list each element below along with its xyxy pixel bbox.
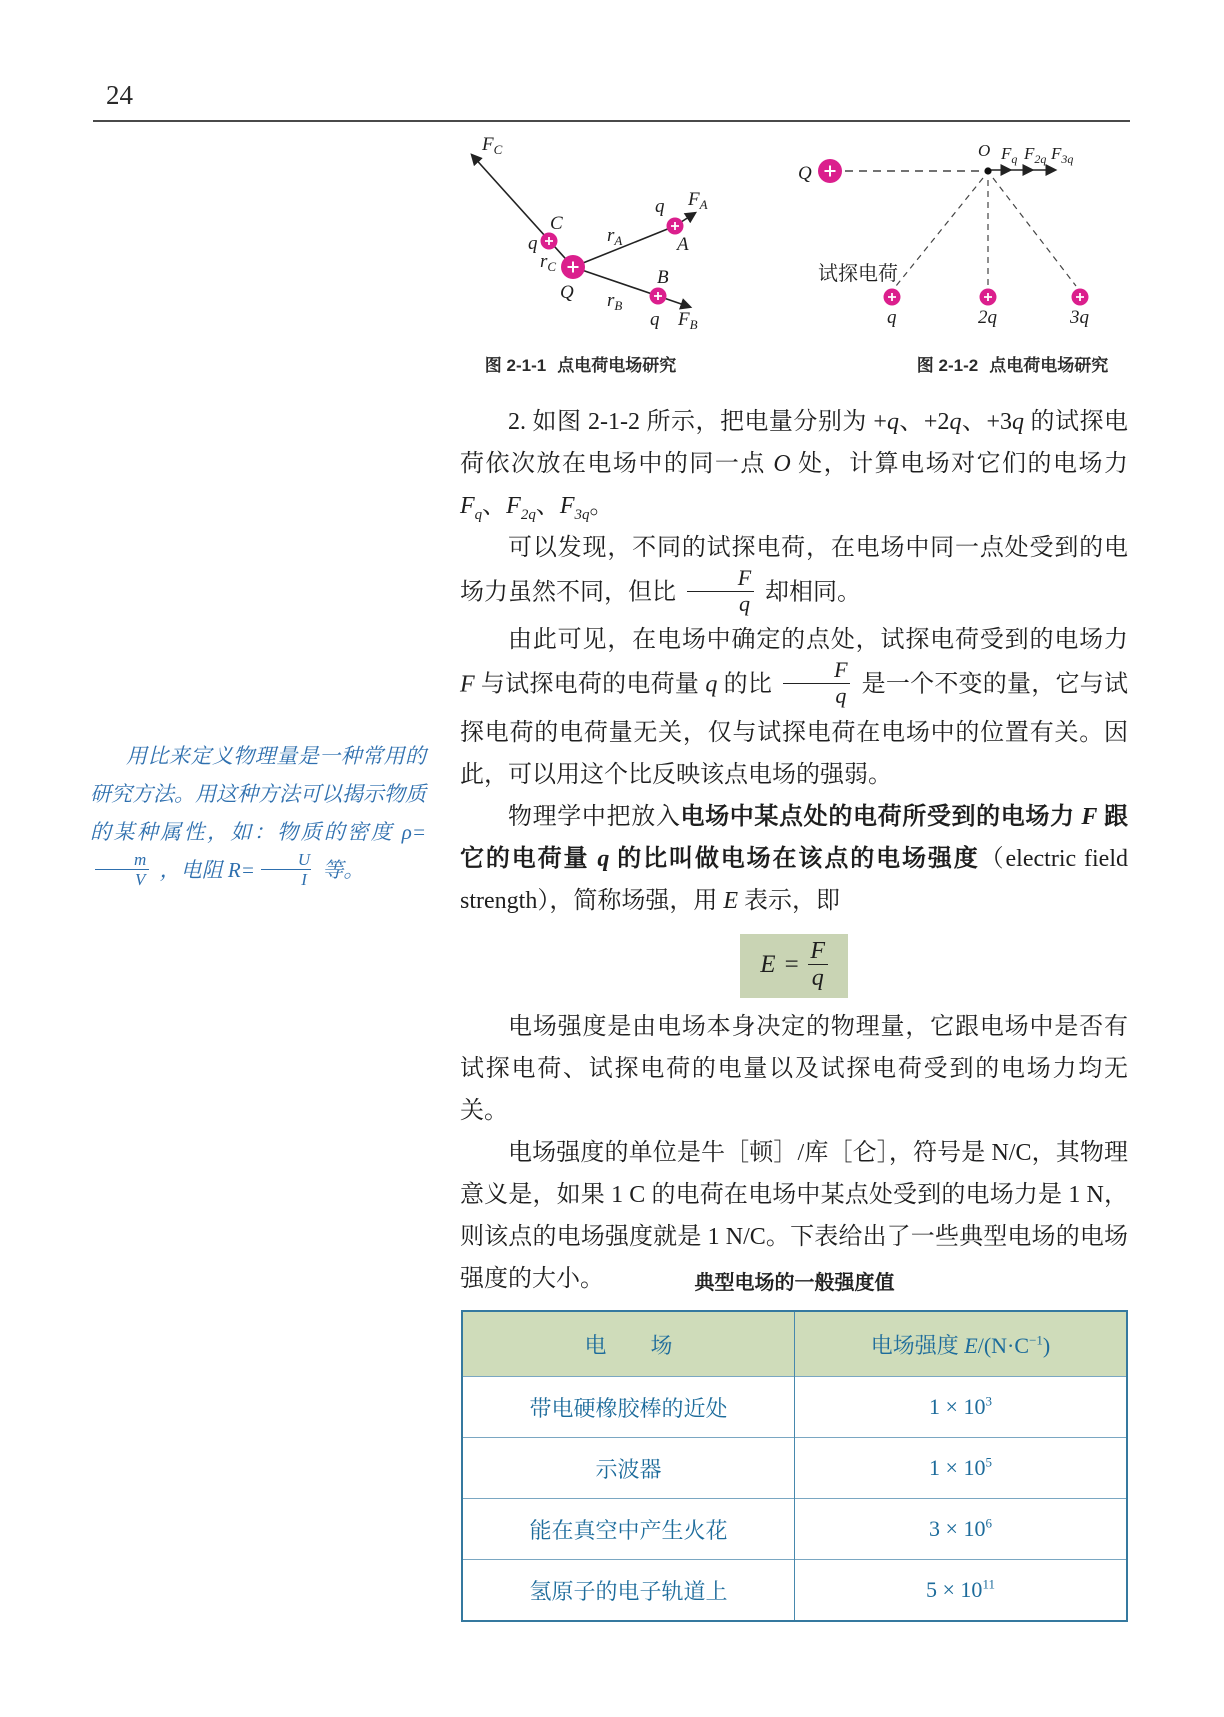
table-row: 能在真空中产生火花 3 × 106 [462, 1499, 1127, 1560]
dashed-line-O-q [896, 178, 983, 286]
page-number: 24 [106, 80, 133, 111]
note-text: 用比来定义物理量是一种常用的研究方法。用这种方法可以揭示物质的某种属性，如：物质… [90, 744, 426, 844]
caption-title: 点电荷电场研究 [557, 356, 676, 375]
label-FA: FA [687, 189, 708, 212]
label-q: q [887, 307, 897, 328]
label-rB: rB [607, 290, 622, 313]
figure-2-1-1-caption: 图 2-1-1点电荷电场研究 [448, 351, 713, 376]
field-cell: 能在真空中产生火花 [462, 1499, 795, 1560]
fraction-F-over-q: Fq [687, 566, 754, 616]
label-Q: Q [798, 163, 812, 184]
table-row: 示波器 1 × 105 [462, 1438, 1127, 1499]
dashed-line-O-3q [993, 178, 1076, 286]
label-q-C: q [528, 233, 538, 254]
point-O-dot [984, 167, 991, 174]
var-E: E [760, 944, 775, 986]
label-F3q: F3q [1050, 144, 1073, 166]
table-row: 氢原子的电子轨道上 5 × 1011 [462, 1560, 1127, 1622]
note-text: 等。 [317, 858, 364, 882]
label-test-charge: 试探电荷 [818, 262, 898, 285]
note-text: ，电阻 [154, 858, 228, 882]
field-strength-table-block: 典型电场的一般强度值 电 场 电场强度 E/(N·C−1) 带电硬橡胶棒的近处 … [461, 1266, 1128, 1622]
main-text-column: 2. 如图 2-1-2 所示，把电量分别为 +q、+2q、+3q 的试探电荷依次… [460, 401, 1128, 1300]
label-rC: rC [540, 251, 556, 274]
label-FC: FC [481, 134, 503, 157]
value-cell: 5 × 1011 [795, 1560, 1128, 1622]
caption-title: 点电荷电场研究 [989, 356, 1108, 375]
caption-label: 图 2-1-2 [917, 356, 978, 375]
field-strength-table: 电 场 电场强度 E/(N·C−1) 带电硬橡胶棒的近处 1 × 103 示波器… [461, 1310, 1128, 1622]
var-rho: ρ [402, 820, 412, 844]
paragraph-definition: 物理学中把放入电场中某点处的电荷所受到的电场力 F 跟它的电荷量 q 的比叫做电… [460, 796, 1128, 922]
label-Fq: Fq [1000, 144, 1017, 166]
table-header-row: 电 场 电场强度 E/(N·C−1) [462, 1311, 1127, 1377]
label-B: B [657, 267, 669, 288]
figure-2-1-2-caption: 图 2-1-2点电荷电场研究 [855, 351, 1170, 376]
label-F2q: F2q [1023, 144, 1046, 166]
equals-sign: = [785, 944, 799, 986]
textbook-page: 24 FC C q rC Q rA q FA A B rB q FB [0, 0, 1224, 1717]
label-O: O [978, 141, 990, 160]
table-title: 典型电场的一般强度值 [461, 1266, 1128, 1295]
label-A: A [675, 234, 689, 255]
fraction-F-over-q: Fq [808, 938, 828, 993]
table-row: 带电硬橡胶棒的近处 1 × 103 [462, 1377, 1127, 1438]
field-cell: 示波器 [462, 1438, 795, 1499]
paragraph-conclusion: 由此可见，在电场中确定的点处，试探电荷受到的电场力 F 与试探电荷的电荷量 q … [460, 619, 1128, 795]
label-3q: 3q [1069, 307, 1090, 328]
formula-E-equals-F-over-q: E = Fq [740, 934, 847, 999]
margin-note: 用比来定义物理量是一种常用的研究方法。用这种方法可以揭示物质的某种属性，如：物质… [90, 737, 426, 892]
line-Q-B [573, 267, 658, 296]
field-cell: 带电硬橡胶棒的近处 [462, 1377, 795, 1438]
label-C: C [550, 213, 563, 234]
figure-2-1-2: Q O Fq F2q F3q 试探电荷 q 2q 3q [770, 120, 1100, 335]
column-header-strength: 电场强度 E/(N·C−1) [795, 1311, 1128, 1377]
fraction-m-over-V: mV [95, 850, 149, 889]
label-q-A: q [655, 196, 665, 217]
value-cell: 3 × 106 [795, 1499, 1128, 1560]
paragraph-observation: 可以发现，不同的试探电荷，在电场中同一点处受到的电场力虽然不同，但比 Fq 却相… [460, 527, 1128, 619]
var-R: R [228, 858, 241, 882]
paragraph-field-property: 电场强度是由电场本身决定的物理量，它跟电场中是否有试探电荷、试探电荷的电量以及试… [460, 1006, 1128, 1132]
force-arrow-FC [472, 155, 573, 267]
caption-label: 图 2-1-1 [485, 356, 546, 375]
field-cell: 氢原子的电子轨道上 [462, 1560, 795, 1622]
fraction-F-over-q: Fq [783, 658, 850, 708]
fraction-U-over-I: UI [260, 850, 312, 889]
value-cell: 1 × 105 [795, 1438, 1128, 1499]
label-rA: rA [607, 225, 622, 248]
label-FB: FB [677, 309, 698, 332]
figure-2-1-1: FC C q rC Q rA q FA A B rB q FB [450, 125, 710, 340]
value-cell: 1 × 103 [795, 1377, 1128, 1438]
line-Q-A [573, 226, 675, 267]
label-Q: Q [560, 282, 574, 303]
label-q-B: q [650, 309, 660, 330]
column-header-field: 电 场 [462, 1311, 795, 1377]
paragraph-exercise-2: 2. 如图 2-1-2 所示，把电量分别为 +q、+2q、+3q 的试探电荷依次… [460, 401, 1128, 527]
label-2q: 2q [978, 307, 998, 328]
